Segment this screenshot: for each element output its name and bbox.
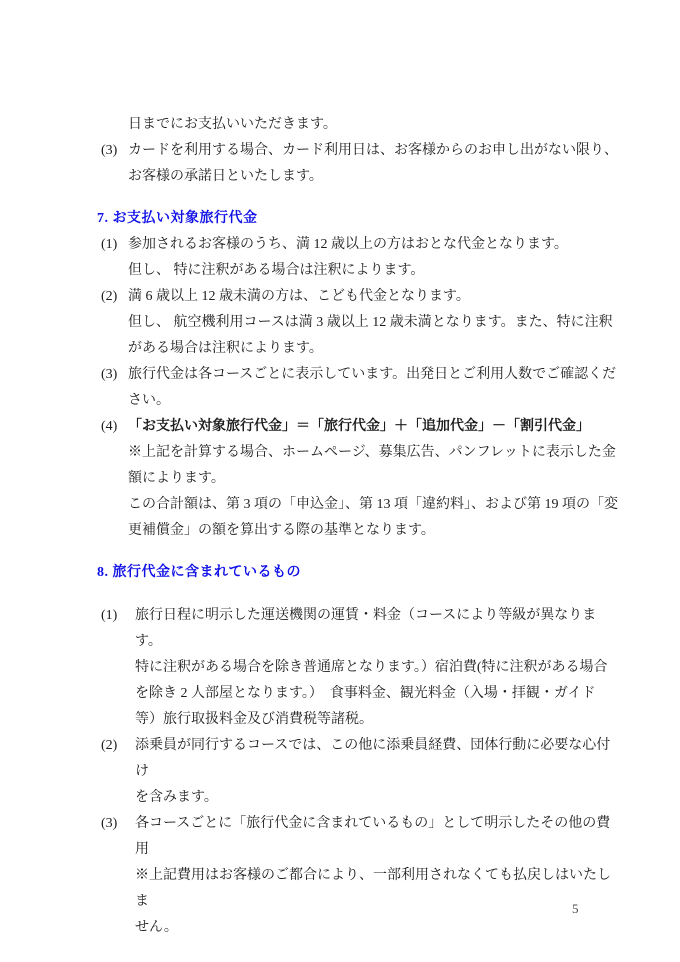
document-section: 7. お支払い対象旅行代金(1)参加されるお客様のうち、満 12 歳以上の方はお… <box>0 206 680 544</box>
item-number: (4) <box>101 414 128 544</box>
text-line: 但し、 特に注釈がある場合は注釈によります。 <box>128 258 620 284</box>
list-item: (4)「お支払い対象旅行代金」＝「旅行代金」＋「追加代金」－「割引代金」※上記を… <box>101 414 620 544</box>
section-heading: 8. 旅行代金に含まれているもの <box>97 560 680 586</box>
text-line: 日までにお支払いいただきます。 <box>128 112 620 138</box>
list-item: (2)満 6 歳以上 12 歳未満の方は、こども代金となります。但し、 航空機利… <box>101 284 620 362</box>
text-line: カードを利用する場合、カード利用日は、お客様からのお申し出がない限り、 <box>128 138 620 164</box>
item-text: 旅行代金は各コースごとに表示しています。出発日とご利用人数でご確認ください。 <box>128 362 620 414</box>
text-line: 「お支払い対象旅行代金」＝「旅行代金」＋「追加代金」－「割引代金」 <box>128 414 620 440</box>
list-item: (3)各コースごとに「旅行代金に含まれているもの」として明示したその他の費用※上… <box>101 811 620 941</box>
list-item: (3)旅行代金は各コースごとに表示しています。出発日とご利用人数でご確認ください… <box>101 362 620 414</box>
list-item: (1)参加されるお客様のうち、満 12 歳以上の方はおとな代金となります。但し、… <box>101 232 620 284</box>
text-line: 添乗員が同行するコースでは、この他に添乗員経費、団体行動に必要な心付け <box>135 733 620 785</box>
item-text: 参加されるお客様のうち、満 12 歳以上の方はおとな代金となります。但し、 特に… <box>128 232 620 284</box>
document-section: 日までにお支払いいただきます。(3)カードを利用する場合、カード利用日は、お客様… <box>0 112 680 190</box>
text-line: 等）旅行取扱料金及び消費税等諸税。 <box>135 707 620 733</box>
document-page: 日までにお支払いいただきます。(3)カードを利用する場合、カード利用日は、お客様… <box>0 0 680 962</box>
item-text: 旅行日程に明示した運送機関の運賃・料金（コースにより等級が異なります。特に注釈が… <box>135 603 620 733</box>
document-section: 8. 旅行代金に含まれているもの(1)旅行日程に明示した運送機関の運賃・料金（コ… <box>0 560 680 941</box>
text-line: 満 6 歳以上 12 歳未満の方は、こども代金となります。 <box>128 284 620 310</box>
text-line: 参加されるお客様のうち、満 12 歳以上の方はおとな代金となります。 <box>128 232 620 258</box>
text-line: を除き 2 人部屋となります。） 食事料金、観光料金（入場・拝観・ガイド <box>135 681 620 707</box>
item-text: カードを利用する場合、カード利用日は、お客様からのお申し出がない限り、お客様の承… <box>128 138 620 190</box>
text-line: 更補償金」の額を算出する際の基準となります。 <box>128 518 620 544</box>
item-number <box>101 112 128 138</box>
text-line: 額によります。 <box>128 466 620 492</box>
text-line: この合計額は、第 3 項の「申込金」、第 13 項「違約料」、および第 19 項… <box>128 492 620 518</box>
text-line: がある場合は注釈によります。 <box>128 336 620 362</box>
document-body: 日までにお支払いいただきます。(3)カードを利用する場合、カード利用日は、お客様… <box>0 0 680 941</box>
text-line: 旅行代金は各コースごとに表示しています。出発日とご利用人数でご確認くだ <box>128 362 620 388</box>
item-number: (3) <box>101 362 128 414</box>
list-item: (3)カードを利用する場合、カード利用日は、お客様からのお申し出がない限り、お客… <box>101 138 620 190</box>
section-heading: 7. お支払い対象旅行代金 <box>97 206 680 232</box>
blank-line <box>0 586 680 603</box>
text-line: お客様の承諾日といたします。 <box>128 164 620 190</box>
text-line: 但し、 航空機利用コースは満 3 歳以上 12 歳未満となります。また、特に注釈 <box>128 310 620 336</box>
text-line: 旅行日程に明示した運送機関の運賃・料金（コースにより等級が異なります。 <box>135 603 620 655</box>
item-number: (2) <box>101 733 135 811</box>
item-number: (2) <box>101 284 128 362</box>
item-number: (1) <box>101 603 135 733</box>
item-text: 満 6 歳以上 12 歳未満の方は、こども代金となります。但し、 航空機利用コー… <box>128 284 620 362</box>
text-line: 各コースごとに「旅行代金に含まれているもの」として明示したその他の費用 <box>135 811 620 863</box>
text-line: せん。 <box>135 915 620 941</box>
text-line: 特に注釈がある場合を除き普通席となります。）宿泊費(特に注釈がある場合 <box>135 655 620 681</box>
item-text: 添乗員が同行するコースでは、この他に添乗員経費、団体行動に必要な心付けを含みます… <box>135 733 620 811</box>
list-item: (1)旅行日程に明示した運送機関の運賃・料金（コースにより等級が異なります。特に… <box>101 603 620 733</box>
text-line: ※上記費用はお客様のご都合により、一部利用されなくても払戻しはいたしま <box>135 863 620 915</box>
text-line: を含みます。 <box>135 785 620 811</box>
item-number: (3) <box>101 138 128 190</box>
item-number: (3) <box>101 811 135 941</box>
item-text: 各コースごとに「旅行代金に含まれているもの」として明示したその他の費用※上記費用… <box>135 811 620 941</box>
item-text: 「お支払い対象旅行代金」＝「旅行代金」＋「追加代金」－「割引代金」※上記を計算す… <box>128 414 620 544</box>
list-item: 日までにお支払いいただきます。 <box>101 112 620 138</box>
list-item: (2)添乗員が同行するコースでは、この他に添乗員経費、団体行動に必要な心付けを含… <box>101 733 620 811</box>
item-text: 日までにお支払いいただきます。 <box>128 112 620 138</box>
text-line: さい。 <box>128 388 620 414</box>
text-line: ※上記を計算する場合、ホームページ、募集広告、パンフレットに表示した金 <box>128 440 620 466</box>
page-number: 5 <box>572 900 579 918</box>
item-number: (1) <box>101 232 128 284</box>
